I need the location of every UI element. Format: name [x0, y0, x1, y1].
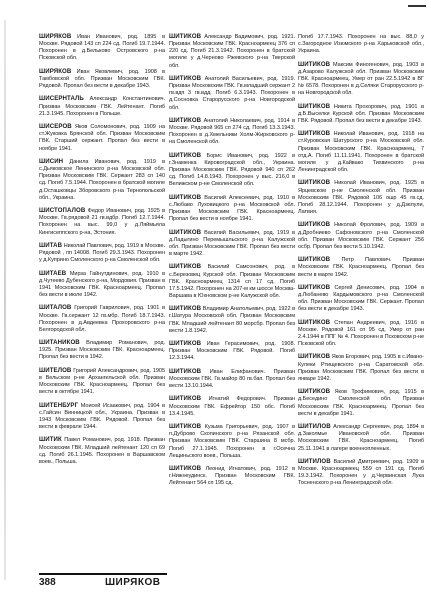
entry: ШИСТОПАЛОВ Федор Иванович, род. 1925 в М… — [39, 207, 165, 237]
entry: ШИТИКОВ Яков Трофимович, род. 1915 в д.Б… — [298, 388, 424, 418]
entry-surname: ШИТИКОВ — [298, 221, 330, 228]
entry-surname: ШИТИКОВ — [298, 284, 330, 291]
entry-surname: ШИТИКОВ — [169, 194, 201, 201]
entry-surname: ШИСЕРОВ — [39, 123, 72, 130]
entry-text: Данила Иванович, род. 1919 в с.Дьяковско… — [39, 159, 165, 201]
running-head: ШИРЯКОВ — [105, 577, 160, 588]
entry: ШИТИКОВ Борис Иванович, род. 1922 в г.Зн… — [169, 152, 295, 189]
page-binding-edge — [4, 20, 6, 580]
entry-surname: ШИТИКОВ — [169, 305, 201, 312]
entry: ШИРЯКОВ Иван Яковлевич, род. 1908 в Тамб… — [39, 68, 165, 90]
entry: ШИТИКОВ Иван Герасимович, род. 1908. При… — [169, 340, 295, 362]
entry: ШИТЕНБУРГ Моисей Исаакович, род. 1904 в … — [39, 402, 165, 432]
entry-surname: ШИРЯКОВ — [39, 33, 71, 40]
entry-continuation: Погиб 17.7.1943. Похоронен на выс. 88,0 … — [298, 33, 424, 55]
entry-surname: ШИТИКОВ — [169, 75, 201, 82]
entry-surname: ШИТИКОВ — [169, 368, 201, 375]
entry: ШИТИКОВ Леонид Игнатович, род. 1912 в г.… — [169, 465, 295, 487]
entry-surname: ШИТИКОВ — [169, 423, 201, 430]
entry: ШИТИКОВ Александр Вадимович, род. 1921. … — [169, 33, 295, 70]
entry: ШИТИКОВ Иван Елифанович. Призван Московс… — [169, 368, 295, 390]
entry: ШИТАЕВ Мирза Гайнутдинович, род. 1910 в … — [39, 270, 165, 300]
entry-surname: ШИТИКОВ — [169, 395, 201, 402]
column-3: Погиб 17.7.1943. Похоронен на выс. 88,0 … — [298, 33, 424, 493]
entry: ШИТИКОВ Яков Егорович, род. 1905 в с.Ива… — [298, 353, 424, 383]
entry-surname: ШИТИЛОВ — [298, 423, 331, 430]
footer-rule — [39, 573, 167, 575]
entry: ШИТАВ Николай Павлович, род. 1919 в Моск… — [39, 242, 165, 264]
entry-surname: ШИТЕНБУРГ — [39, 402, 78, 409]
entry-surname: ШИТИКОВ — [298, 353, 330, 360]
entry: ШИТИКОВ Николай Иванович, род. 1918 на с… — [298, 130, 424, 174]
entry-surname: ШИТИКОВ — [298, 130, 330, 137]
entry: ШИТИКОВ Владимир Анатольевич, род. 1922 … — [169, 305, 295, 335]
entry: ШИТИКОВ Максим Финогенович, род. 1903 в … — [298, 61, 424, 98]
entry: ШИТИКОВ Василий Алексеевич, род. 1910 в … — [169, 194, 295, 224]
entry-surname: ШИРЯКОВ — [39, 68, 71, 75]
entry-surname: ШИСТОПАЛОВ — [39, 207, 85, 214]
entry-text: Николай Иванович, род. 1918 на ст.Куровс… — [298, 131, 424, 173]
entry: ШИТИЛОВ Василий Дмитриевич, род. 1909 в … — [298, 458, 424, 488]
corner-mark — [408, 5, 426, 7]
entry: ШИТИКОВ Степан Андреевич, род. 1916 в Мо… — [298, 319, 424, 349]
entry: ШИТИЛОВ Александр Сергеевич, род. 1894 в… — [298, 423, 424, 453]
column-2: ШИТИКОВ Александр Вадимович, род. 1921. … — [169, 33, 295, 493]
page-number: 388 — [39, 577, 56, 588]
entry: ШИТИКОВ Никита Прохорович, род. 1901 в д… — [298, 103, 424, 125]
entry: ШИСЕРОВ Яков Соломонович, род. 1909 на с… — [39, 123, 165, 153]
entry: ШИТИК Павел Романович, род. 1918. Призва… — [39, 436, 165, 466]
entry-surname: ШИТИКОВ — [298, 179, 330, 186]
entry: ШИТИКОВ Николай Иванович, род. 1925 в Яр… — [298, 179, 424, 216]
entry-surname: ШИТИКОВ — [298, 388, 330, 395]
entry: ШИТАНИКОВ Владимир Романович, род. 1925.… — [39, 339, 165, 361]
entry-surname: ШИТИКОВ — [169, 117, 201, 124]
entry-surname: ШИТИКОВ — [169, 229, 201, 236]
entry-surname: ШИТАЛОВ — [39, 304, 71, 311]
entry-surname: ШИТИКОВ — [169, 152, 201, 159]
entry: ШИТАЛОВ Григорий Гаврилович, род. 1901 в… — [39, 304, 165, 334]
entry-surname: ШИТИКОВ — [298, 319, 330, 326]
entry-surname: ШИТАНИКОВ — [39, 339, 80, 346]
entry-surname: ШИТИКОВ — [169, 33, 201, 40]
entry-surname: ШИТАВ — [39, 242, 62, 249]
entry-surname: ШИТИКОВ — [298, 103, 330, 110]
entry-surname: ШИТИЛОВ — [298, 458, 331, 465]
entry: ШИСЕРНТАЛЬ Александр Константинович. При… — [39, 95, 165, 117]
entry: ШИТИКОВ Николай Фролович, род. 1909 в д.… — [298, 221, 424, 251]
entry-surname: ШИТИКОВ — [169, 263, 201, 270]
entry-surname: ШИТИКОВ — [169, 465, 201, 472]
entry-surname: ШИТИК — [39, 436, 62, 443]
entry: ШИРЯКОВ Иван Иванович, род. 1895 в Москв… — [39, 33, 165, 63]
entry-text: Погиб 17.7.1943. Похоронен на выс. 88,0 … — [298, 34, 424, 54]
entry-surname: ШИТЕЛОВ — [39, 367, 71, 374]
entry-surname: ШИТИКОВ — [298, 256, 330, 263]
entry: ШИТИКОВ Сергей Денисович, род. 1904 в д.… — [298, 284, 424, 314]
entry: ШИТИКОВ Петр Павлович. Призван Московски… — [298, 256, 424, 278]
entry-surname: ШИСЕРНТАЛЬ — [39, 95, 84, 102]
entry: ШИТЕЛОВ Григорий Александрович, род. 190… — [39, 367, 165, 397]
column-1: ШИРЯКОВ Иван Иванович, род. 1895 в Москв… — [39, 33, 165, 471]
entry-surname: ШИТАЕВ — [39, 270, 66, 277]
entry: ШИТИКОВ Василий Васильевич, род. 1919 в … — [169, 229, 295, 259]
entry: ШИТИКОВ Анатолий Николаевич, род. 1914 в… — [169, 117, 295, 147]
entry: ШИТИКОВ Кузьма Григорьевич, род. 1907 в … — [169, 423, 295, 460]
entry: ШИСИН Данила Иванович, род. 1919 в с.Дья… — [39, 158, 165, 202]
entry-surname: ШИТИКОВ — [169, 340, 201, 347]
entry: ШИТИКОВ Василий Самсонович, род. в с.Бер… — [169, 263, 295, 300]
entry-surname: ШИТИКОВ — [298, 61, 330, 68]
entry-surname: ШИСИН — [39, 158, 63, 165]
entry: ШИТИКОВ Игнатий Федорович. Призван Моско… — [169, 395, 295, 417]
entry: ШИТИКОВ Анатолий Васильевич, род. 1919. … — [169, 75, 295, 112]
